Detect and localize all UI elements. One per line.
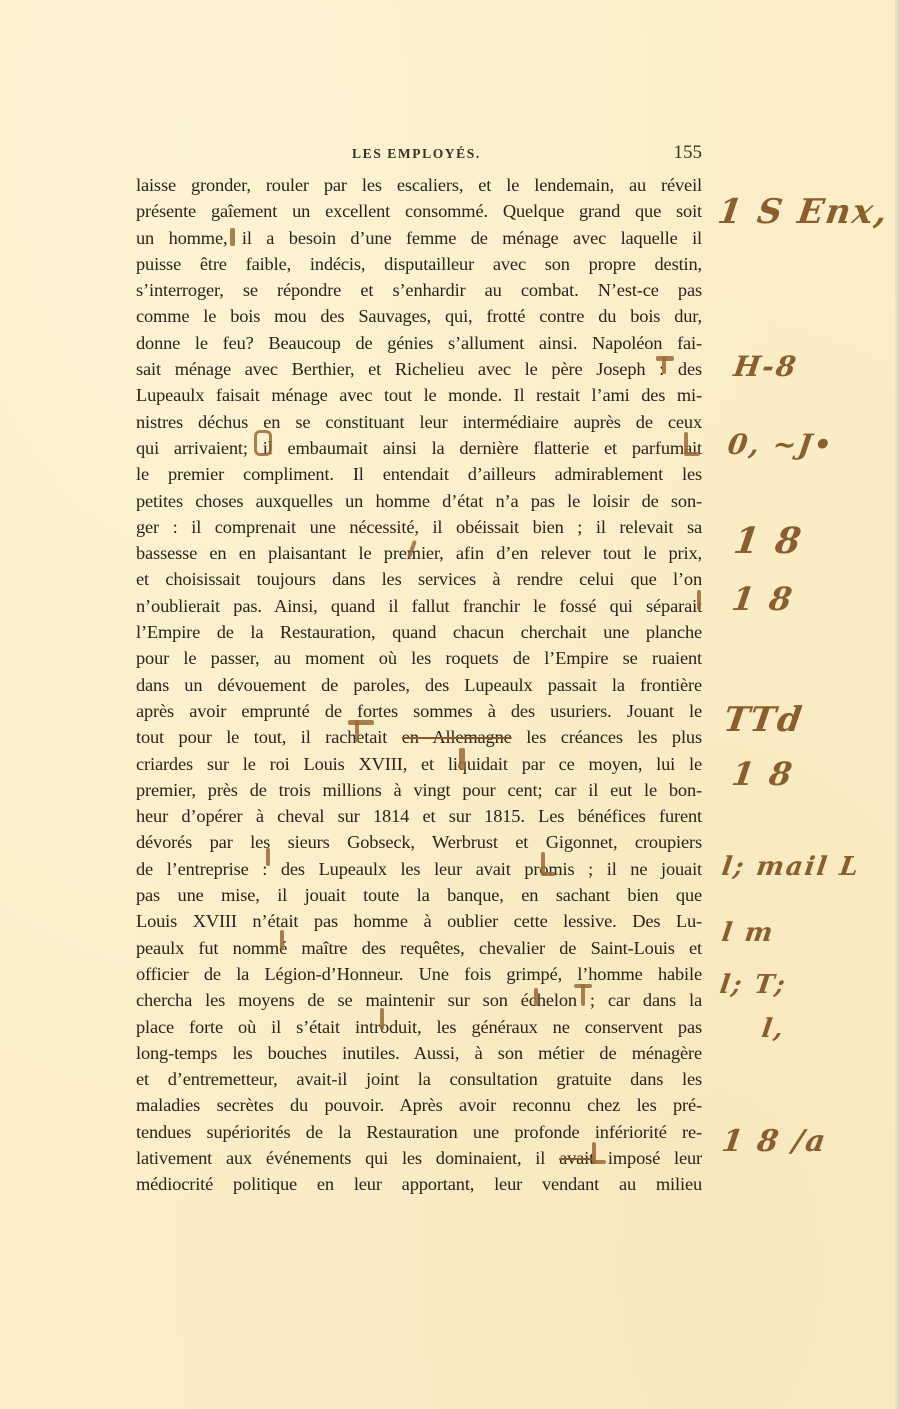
text-line: ger : il comprenait une nécessité, il ob… — [136, 514, 702, 540]
body-text: laisse gronder, rouler par les escaliers… — [136, 172, 702, 1198]
proof-mark — [266, 848, 270, 866]
margin-annotation: 1 S Enx, — [715, 192, 891, 232]
text-line: heur d’opérer à cheval sur 1814 et sur 1… — [136, 803, 702, 829]
text-line: Lupeaulx faisait ménage avec tout le mon… — [136, 382, 702, 408]
proof-mark — [348, 720, 374, 725]
margin-annotation: H-8 — [732, 350, 800, 383]
text-line: pas une mise, il jouait toute la banque,… — [136, 882, 702, 908]
text-line: criardes sur le roi Louis XVIII, et liqu… — [136, 751, 702, 777]
text-segment: les créances les plus — [512, 727, 702, 747]
proof-mark — [230, 228, 235, 246]
margin-annotation: 1 8 /a — [720, 1124, 830, 1159]
text-line: le premier compliment. Il entendait d’ai… — [136, 461, 702, 487]
proof-mark — [592, 1160, 606, 1164]
text-line: place forte où il s’était introduit, les… — [136, 1014, 702, 1040]
text-segment: lativement aux événements qui les domina… — [136, 1148, 559, 1168]
text-line: après avoir emprunté de fortes sommes à … — [136, 698, 702, 724]
margin-annotation: l m — [720, 918, 777, 948]
proof-mark — [581, 984, 585, 1006]
text-line: n’oublierait pas. Ainsi, quand il fallut… — [136, 593, 702, 619]
margin-annotation: 0, ~J• — [726, 428, 836, 461]
text-line: maladies secrètes du pouvoir. Après avoi… — [136, 1092, 702, 1118]
text-line: médiocrité politique en leur apportant, … — [136, 1171, 702, 1197]
book-page: LES EMPLOYÉS. 155 laisse gronder, rouler… — [0, 0, 900, 1409]
text-line: peaulx fut nommé maître des requêtes, ch… — [136, 935, 702, 961]
text-line: premier, près de trois millions à vingt … — [136, 777, 702, 803]
margin-annotation: 1 8 — [731, 520, 806, 562]
text-line: pour le passer, au moment où les roquets… — [136, 645, 702, 671]
proof-mark — [662, 356, 666, 374]
text-line: de l’entreprise : des Lupeaulx les leur … — [136, 856, 702, 882]
margin-annotation: 1 8 — [729, 580, 796, 618]
text-line: donne le feu? Beaucoup de génies s’allum… — [136, 330, 702, 356]
text-line: long-temps les bouches inutiles. Aussi, … — [136, 1040, 702, 1066]
page-edge-shadow — [895, 0, 900, 1409]
page-number: 155 — [674, 142, 703, 164]
proof-mark — [541, 852, 545, 874]
running-title: LES EMPLOYÉS. — [352, 146, 481, 162]
text-line: et d’entremetteur, avait-il joint la con… — [136, 1066, 702, 1092]
margin-annotation: l; mail L — [720, 852, 862, 882]
text-line: l’Empire de la Restauration, quand chacu… — [136, 619, 702, 645]
text-line-with-strikethrough: tout pour le tout, il rachetait en Allem… — [136, 724, 702, 750]
margin-annotation: 1 8 — [729, 755, 796, 793]
text-line: Louis XVIII n’était pas homme à oublier … — [136, 908, 702, 934]
text-line: comme le bois mou des Sauvages, qui, fro… — [136, 303, 702, 329]
text-line: un homme, il a besoin d’une femme de mén… — [136, 225, 702, 251]
text-line: laisse gronder, rouler par les escaliers… — [136, 172, 702, 198]
text-line: puisse être faible, indécis, disputaille… — [136, 251, 702, 277]
text-line: nistres déchus en se constituant leur in… — [136, 409, 702, 435]
proof-mark — [534, 988, 538, 1006]
proof-mark — [684, 452, 700, 456]
proof-mark — [355, 720, 359, 742]
text-line: s’interroger, se répondre et s’enhardir … — [136, 277, 702, 303]
text-line: chercha les moyens de se maintenir sur s… — [136, 987, 702, 1013]
proof-mark — [380, 1008, 384, 1030]
text-line: présente gaîement un excellent consommé.… — [136, 198, 702, 224]
margin-annotation: l; T; — [718, 970, 789, 1000]
struck-text: en Allemagne — [402, 727, 512, 747]
proof-mark — [541, 872, 555, 876]
proof-mark — [459, 748, 465, 770]
proof-mark — [254, 430, 272, 456]
proof-mark — [684, 432, 688, 454]
struck-text: avait — [559, 1148, 594, 1168]
text-line: petites choses auxquelles un homme d’éta… — [136, 488, 702, 514]
proof-mark — [280, 930, 284, 950]
text-line: sait ménage avec Berthier, et Richelieu … — [136, 356, 702, 382]
text-line: tendues supériorités de la Restauration … — [136, 1119, 702, 1145]
margin-annotation: TTd — [721, 700, 806, 740]
text-line-with-strikethrough: lativement aux événements qui les domina… — [136, 1145, 702, 1171]
text-line: bassesse en en plaisantant le premier, a… — [136, 540, 702, 566]
proof-mark — [697, 590, 701, 610]
text-line: officier de la Légion-d’Honneur. Une foi… — [136, 961, 702, 987]
running-head: LES EMPLOYÉS. 155 — [136, 142, 702, 164]
text-line: et choisissait toujours dans les service… — [136, 566, 702, 592]
text-line: qui arrivaient; il embaumait ainsi la de… — [136, 435, 702, 461]
text-segment: tout pour le tout, il rachetait — [136, 727, 402, 747]
text-segment: imposé leur — [594, 1148, 702, 1168]
text-line: dans un dévouement de paroles, des Lupea… — [136, 672, 702, 698]
text-line: dévorés par les sieurs Gobseck, Werbrust… — [136, 829, 702, 855]
margin-annotation: l, — [760, 1014, 787, 1044]
